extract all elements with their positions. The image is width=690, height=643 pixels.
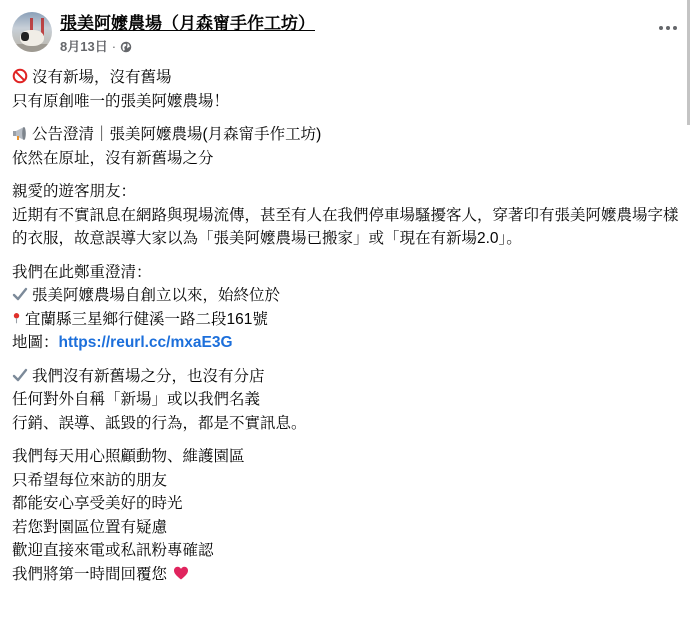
text-line: 沒有新場，沒有舊場 bbox=[12, 66, 680, 90]
text-line: 只有原創唯一的張美阿嬤農場！ bbox=[12, 90, 680, 114]
text-line: 都能安心享受美好的時光 bbox=[12, 492, 680, 516]
paragraph-3: 親愛的遊客朋友： 近期有不實訊息在網路與現場流傳，甚至有人在我們停車場騷擾客人，… bbox=[12, 180, 680, 251]
text-line: 只希望每位來訪的朋友 bbox=[12, 469, 680, 493]
page-name-link[interactable]: 張美阿嬤農場（月森甯手作工坊） bbox=[60, 13, 315, 35]
page-avatar[interactable] bbox=[12, 12, 52, 52]
facebook-post: 張美阿嬤農場（月森甯手作工坊） 8月13日 · bbox=[0, 0, 690, 643]
text-line: 地圖：https://reurl.cc/mxaE3G bbox=[12, 331, 680, 355]
separator: · bbox=[112, 38, 116, 56]
pin-icon bbox=[12, 310, 24, 326]
text-line: 公告澄清｜張美阿嬤農場(月森甯手作工坊) bbox=[12, 123, 680, 147]
text-line: 行銷、誤導、詆毀的行為，都是不實訊息。 bbox=[12, 412, 680, 436]
red-heart-icon bbox=[173, 565, 189, 581]
text-line: 我們沒有新舊場之分，也沒有分店 bbox=[12, 365, 680, 389]
paragraph-6: 我們每天用心照顧動物、維護園區 只希望每位來訪的朋友 都能安心享受美好的時光 若… bbox=[12, 445, 680, 586]
text-line: 任何對外自稱「新場」或以我們名義 bbox=[12, 388, 680, 412]
paragraph-2: 公告澄清｜張美阿嬤農場(月森甯手作工坊) 依然在原址，沒有新舊場之分 bbox=[12, 123, 680, 170]
check-mark-icon bbox=[12, 367, 28, 383]
paragraph-5: 我們沒有新舊場之分，也沒有分店 任何對外自稱「新場」或以我們名義 行銷、誤導、詆… bbox=[12, 365, 680, 436]
globe-icon bbox=[120, 41, 132, 53]
map-link[interactable]: https://reurl.cc/mxaE3G bbox=[59, 334, 233, 351]
more-options-button[interactable] bbox=[656, 16, 680, 40]
text-line: 親愛的遊客朋友： bbox=[12, 180, 680, 204]
paragraph-1: 沒有新場，沒有舊場 只有原創唯一的張美阿嬤農場！ bbox=[12, 66, 680, 113]
check-mark-icon bbox=[12, 286, 28, 302]
post-subline: 8月13日 · bbox=[60, 38, 315, 56]
text-line: 張美阿嬤農場自創立以來，始終位於 bbox=[12, 284, 680, 308]
text-line: 我們將第一時間回覆您 bbox=[12, 563, 680, 587]
text-line: 依然在原址，沒有新舊場之分 bbox=[12, 147, 680, 171]
post-meta: 張美阿嬤農場（月森甯手作工坊） 8月13日 · bbox=[60, 12, 315, 56]
post-body: 沒有新場，沒有舊場 只有原創唯一的張美阿嬤農場！ 公告澄清｜張美阿嬤農場(月森甯… bbox=[12, 66, 680, 596]
megaphone-icon bbox=[12, 125, 28, 141]
prohibited-icon bbox=[12, 68, 28, 84]
text-line: 近期有不實訊息在網路與現場流傳，甚至有人在我們停車場騷擾客人，穿著印有張美阿嬤農… bbox=[12, 204, 680, 251]
more-options-icon bbox=[659, 26, 663, 30]
text-line: 我們在此鄭重澄清： bbox=[12, 261, 680, 285]
text-line: 歡迎直接來電或私訊粉專確認 bbox=[12, 539, 680, 563]
text-line: 宜蘭縣三星鄉行健溪一路二段161號 bbox=[12, 308, 680, 332]
post-header: 張美阿嬤農場（月森甯手作工坊） 8月13日 · bbox=[12, 12, 315, 56]
paragraph-4: 我們在此鄭重澄清： 張美阿嬤農場自創立以來，始終位於 宜蘭縣三星鄉行健溪一路二段… bbox=[12, 261, 680, 355]
post-date[interactable]: 8月13日 bbox=[60, 38, 108, 56]
text-line: 我們每天用心照顧動物、維護園區 bbox=[12, 445, 680, 469]
text-line: 若您對園區位置有疑慮 bbox=[12, 516, 680, 540]
